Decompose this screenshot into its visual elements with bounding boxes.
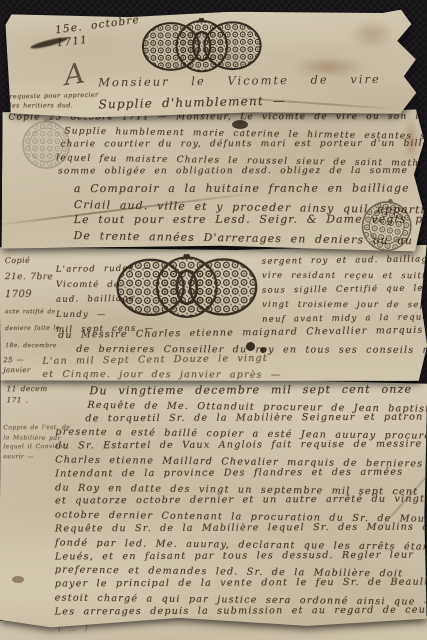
initial-flourish: A: [62, 56, 87, 92]
manuscript-photo: ( … ) 11 decem171 . Coppie de l'est. del…: [0, 0, 427, 640]
manuscript-line: janvier: [3, 365, 30, 375]
manuscript-line: sergent roy et aud. bailliage et —: [262, 252, 427, 269]
manuscript-line: 25 —: [3, 355, 30, 365]
manuscript-line: de torquetil Sr. de la Mabilière Seigneu…: [55, 410, 427, 426]
manuscript-line: Supplie d'humblement —: [98, 93, 286, 111]
margin-date: 11 decem171 .: [6, 383, 47, 405]
manuscript-line: requeste pour apprecier: [9, 91, 98, 102]
round-ink-stamp-icon: [356, 194, 418, 259]
manuscript-line: Copié: [5, 251, 60, 269]
manuscript-body: Du vingtieme decembre mil sept cent onze…: [55, 384, 427, 620]
document-sheet-1711-23oct: Copié 23 octobre 1711 — Monsieur, Le vic…: [2, 108, 424, 250]
manuscript-line: somme obligée en obligation desd. oblige…: [8, 164, 427, 178]
margin-foot: 25 —janvier: [3, 355, 30, 375]
document-sheet-1711-october: 15e. octobre1711 A Monsieur le Vicomte d…: [6, 12, 416, 116]
manuscript-body: Copié 23 octobre 1711 — Monsieur, Le vic…: [8, 112, 427, 183]
manuscript-line: deniere faite le: [5, 319, 60, 337]
manuscript-line: et Cinqme. jour des janvier après —: [42, 368, 281, 382]
date-annotation: 15e. octobre1711: [54, 14, 142, 50]
manuscript-line: 21e. 7bre: [5, 269, 60, 286]
manuscript-body: Supplie d'humblement —: [98, 95, 286, 111]
manuscript-line: Leués, et en faisant par tous les dessus…: [55, 548, 427, 564]
manuscript-line: Du vingtieme decembre mil sept cent onze: [55, 382, 427, 398]
ornate-fiscal-stamp-icon: [137, 17, 266, 75]
right-column: sergent roy et aud. bailliage et —vire r…: [262, 254, 427, 327]
address-heading: Monsieur le Vicomte de vire: [98, 72, 381, 89]
manuscript-line: et quatorze octobre dernier et un autre …: [55, 493, 427, 509]
margin-note: requeste pour apprecierles heritiers dud…: [9, 91, 98, 110]
manuscript-line: L'an mil Sept Cent Douze le vingt: [42, 352, 281, 368]
manuscript-line: du Sr. Estartel de Vaux Anglois fait req…: [55, 437, 427, 453]
manuscript-line: 1709: [5, 285, 60, 303]
manuscript-line: 11 decem: [6, 383, 47, 394]
foot-lines: L'an mil Sept Cent Douze le vingtet Cinq…: [42, 354, 281, 381]
manuscript-line: Requête du Sr. de la Mabilière lequel Sr…: [55, 520, 427, 536]
margin-column: Copié21e. 7bre1709acte ratifié dedeniere…: [5, 252, 60, 354]
manuscript-line: 171 .: [6, 394, 47, 405]
document-sheet-1709: Copié21e. 7bre1709acte ratifié dedeniere…: [0, 246, 427, 382]
manuscript-line: Intendant de la province Des flandres et…: [55, 465, 427, 481]
ornate-fiscal-stamp-icon: [116, 254, 258, 321]
manuscript-line: sous sigille Certifié que le: [262, 281, 427, 298]
document-sheet-1711-december: 11 decem171 . Coppie de l'est. dela Mabi…: [0, 378, 427, 628]
manuscript-line: acte ratifié de: [5, 303, 60, 320]
manuscript-line: les heritiers dud.: [9, 101, 98, 110]
manuscript-line: Les arrerages depuis la submission et au…: [55, 603, 427, 619]
manuscript-line: payer le principal de la vente dont le f…: [55, 575, 427, 591]
manuscript-line: 18e. decembre: [5, 337, 60, 354]
manuscript-line: charie courtier du roy, défunts mari est…: [8, 137, 427, 151]
